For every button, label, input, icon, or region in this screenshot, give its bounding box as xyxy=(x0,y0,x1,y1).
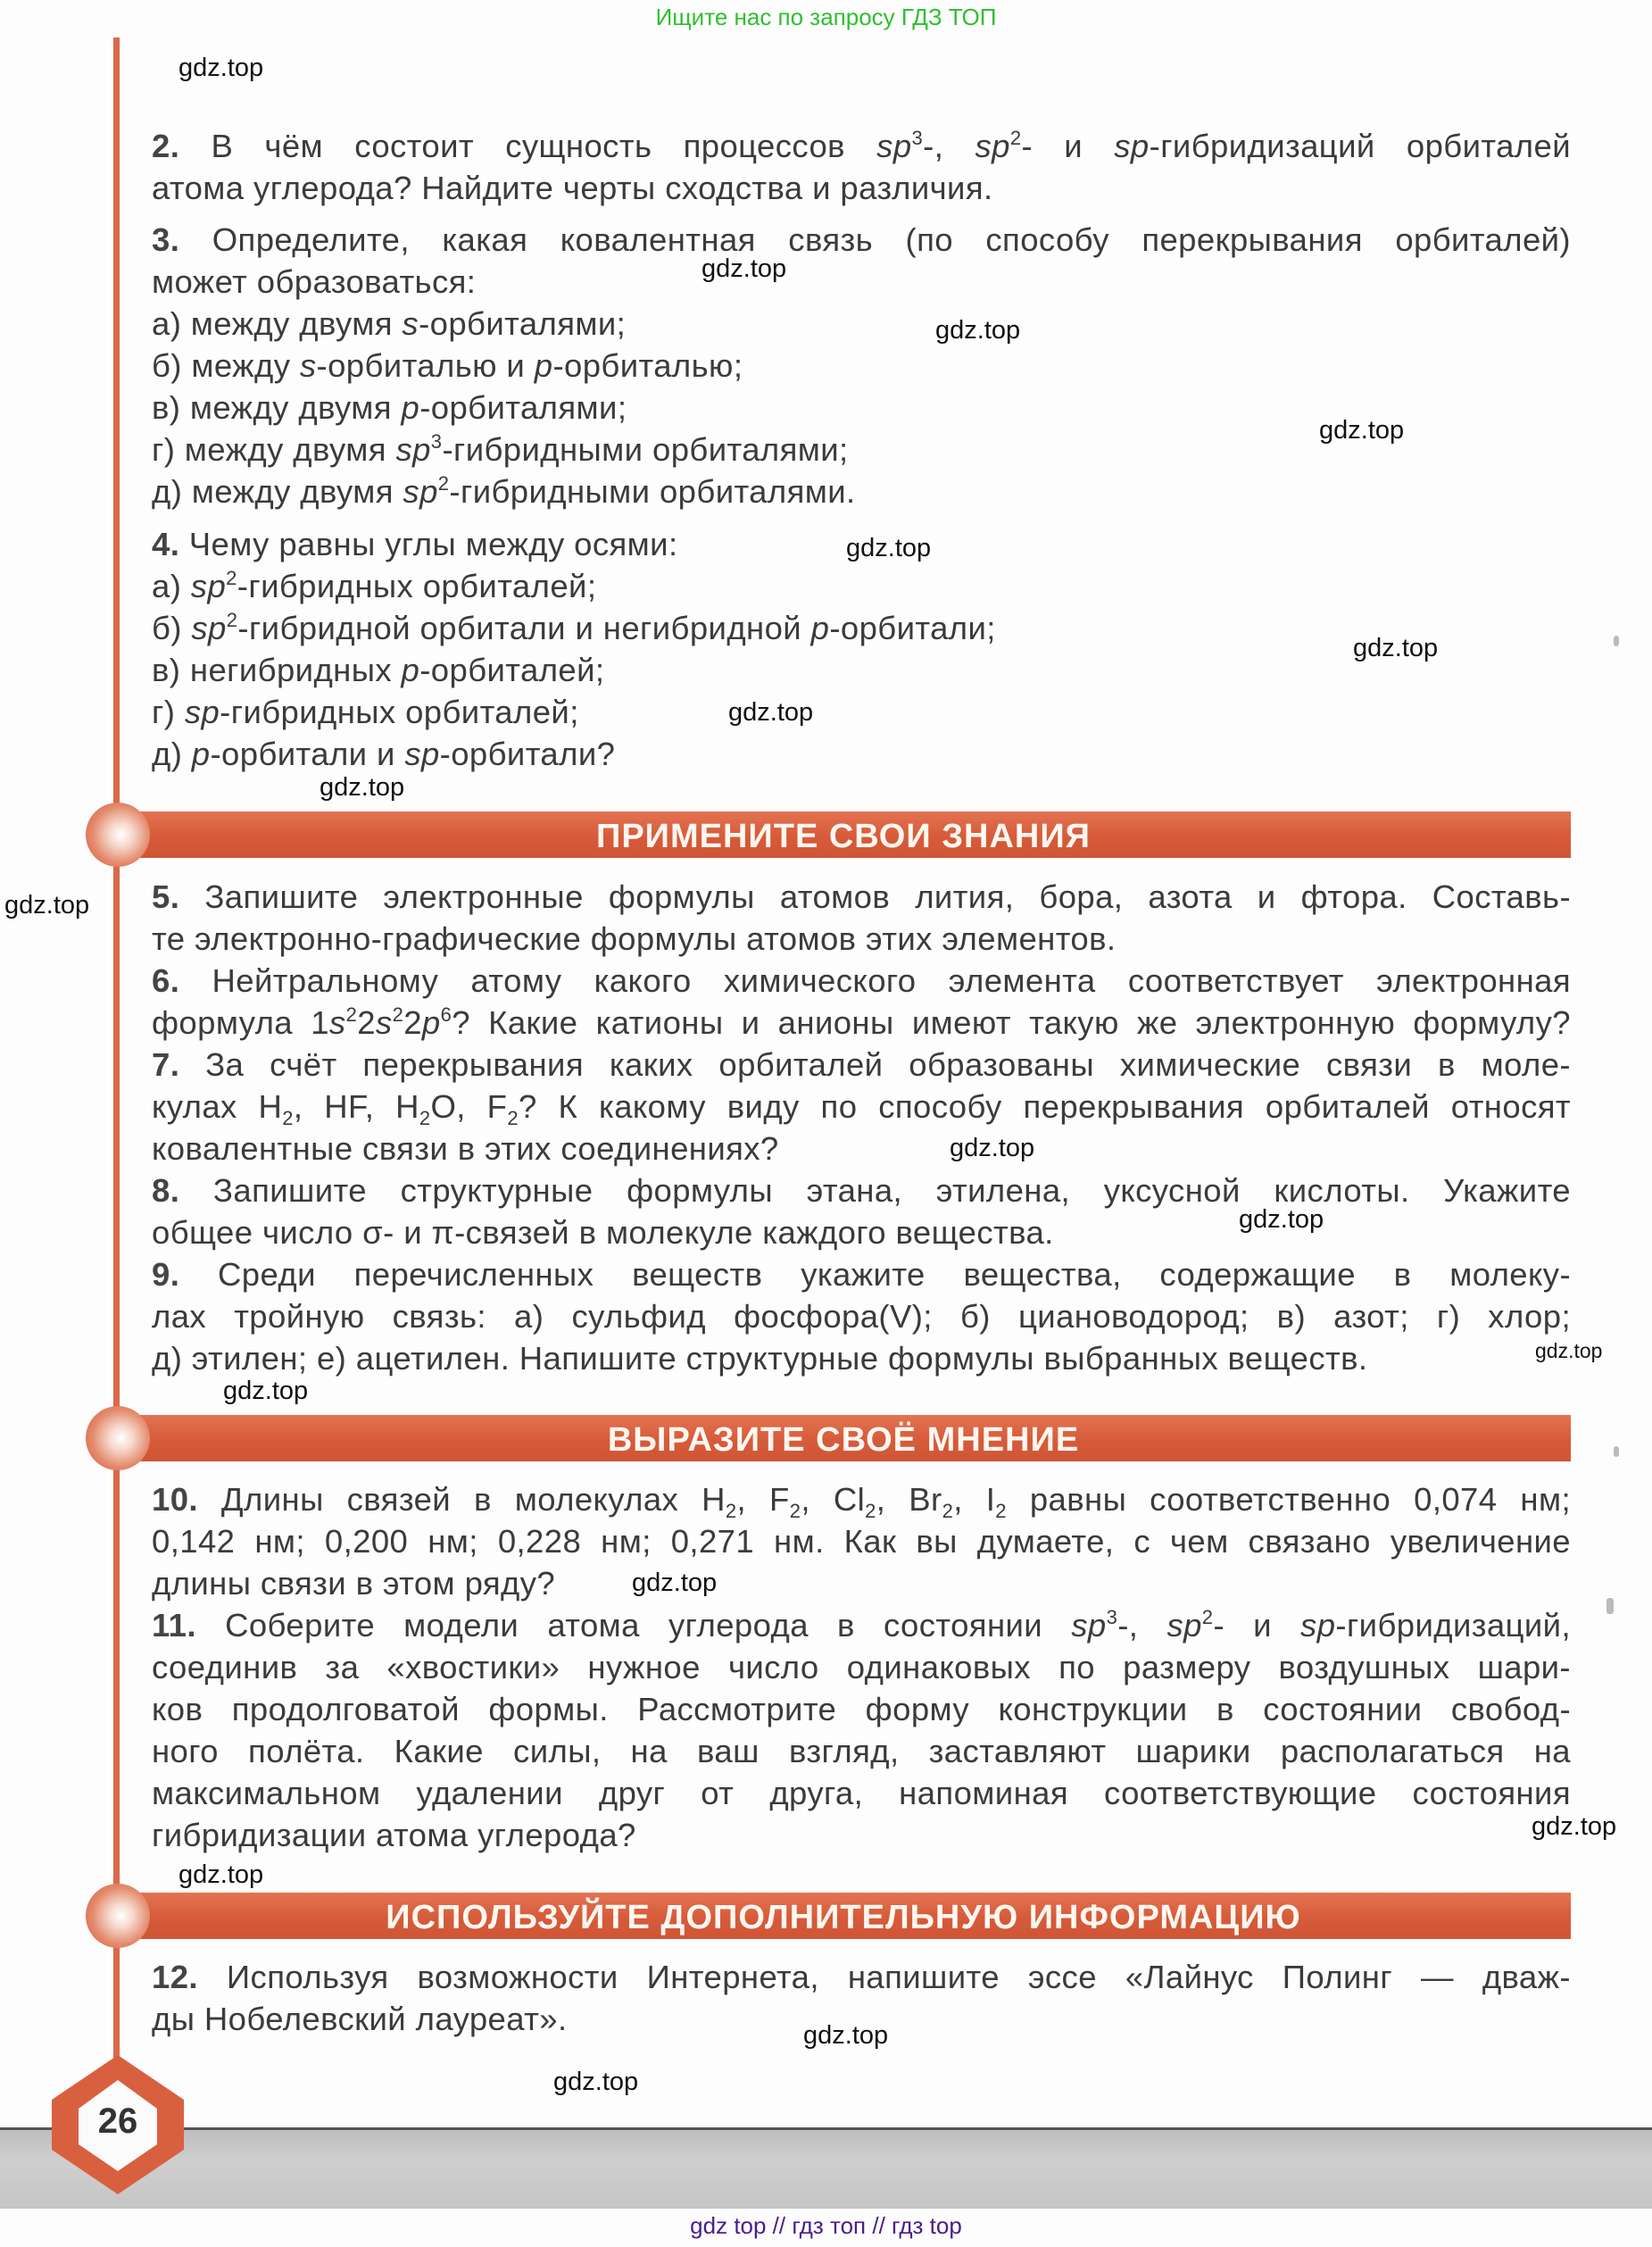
question-3-option-e: д) между двумя sp2-гибридными орбиталями… xyxy=(152,473,856,511)
question-6-line-2: формула 1s22s22p6? Какие катионы и анион… xyxy=(152,1004,1571,1042)
question-4-option-d: г) sp-гибридных орбиталей; xyxy=(152,694,579,731)
question-3-option-d: г) между двумя sp3-гибридными орбиталями… xyxy=(152,431,849,469)
question-4-option-e: д) p-орбитали и sp-орбитали? xyxy=(152,736,615,773)
watermark: gdz.top xyxy=(1319,416,1404,445)
watermark: gdz.top xyxy=(1535,1339,1602,1363)
question-11-line-5: максимальном удалении друг от друга, нап… xyxy=(152,1775,1571,1812)
question-11-line-4: ного полёта. Какие силы, на ваш взгляд, … xyxy=(152,1733,1571,1770)
watermark: gdz.top xyxy=(632,1569,717,1598)
question-10-line-1: 10. Длины связей в молекулах H2, F2, Cl2… xyxy=(152,1481,1571,1519)
watermark: gdz.top xyxy=(950,1134,1034,1163)
question-5-line-1: 5. Запишите электронные формулы атомов л… xyxy=(152,878,1571,916)
section-bullet-icon xyxy=(86,803,150,867)
margin-rule xyxy=(113,37,120,2082)
watermark: gdz.top xyxy=(701,254,786,284)
section-header-apply-knowledge: ПРИМЕНИТЕ СВОИ ЗНАНИЯ xyxy=(116,811,1571,858)
question-3-option-c: в) между двумя p-орбиталями; xyxy=(152,389,627,427)
question-7-line-2: кулах H2, HF, H2O, F2? К какому виду по … xyxy=(152,1088,1571,1126)
question-8-line-1: 8. Запишите структурные формулы этана, э… xyxy=(152,1172,1571,1210)
question-4-option-a: а) sp2-гибридных орбиталей; xyxy=(152,568,596,605)
question-11-line-6: гибридизации атома углерода? xyxy=(152,1817,636,1854)
section-bullet-icon xyxy=(86,1406,150,1470)
question-9-line-3: д) этилен; е) ацетилен. Напишите структу… xyxy=(152,1340,1367,1377)
question-10-line-2: 0,142 нм; 0,200 нм; 0,228 нм; 0,271 нм. … xyxy=(152,1523,1571,1560)
search-banner[interactable]: Ищите нас по запросу ГДЗ ТОП xyxy=(0,4,1652,31)
watermark: gdz.top xyxy=(728,698,813,728)
question-8-line-2: общее число σ- и π-связей в молекуле каж… xyxy=(152,1214,1054,1252)
question-3-line-1: 3. Определите, какая ковалентная связь (… xyxy=(152,221,1571,259)
question-4-line-1: 4. Чему равны углы между осями: xyxy=(152,526,678,563)
question-4-option-c: в) негибридных p-орбиталей; xyxy=(152,652,604,689)
question-5-line-2: те электронно-графические формулы атомов… xyxy=(152,920,1116,958)
section-header-express-opinion: ВЫРАЗИТЕ СВОЁ МНЕНИЕ xyxy=(116,1415,1571,1461)
page-bottom-band xyxy=(0,2127,1652,2209)
footer-links[interactable]: gdz top // гдз топ // гдз top xyxy=(0,2212,1652,2240)
question-10-line-3: длины связи в этом ряду? xyxy=(152,1565,555,1602)
question-3-option-b: б) между s-орбиталью и p-орбиталью; xyxy=(152,347,743,385)
question-7-line-3: ковалентные связи в этих соединениях? xyxy=(152,1130,779,1168)
watermark: gdz.top xyxy=(320,773,404,803)
question-2-line-1: 2. В чём состоит сущность процессов sp3-… xyxy=(152,128,1571,165)
question-11-line-2: соединив за «хвостики» нужное число один… xyxy=(152,1649,1571,1686)
section-bullet-icon xyxy=(86,1884,150,1948)
question-11-line-3: ков продолговатой формы. Рассмотрите фор… xyxy=(152,1691,1571,1728)
watermark: gdz.top xyxy=(223,1377,308,1406)
watermark: gdz.top xyxy=(178,1860,263,1890)
watermark: gdz.top xyxy=(1532,1812,1616,1842)
question-2-line-2: атома углерода? Найдите черты сходства и… xyxy=(152,170,993,207)
question-3-option-a: а) между двумя s-орбиталями; xyxy=(152,305,626,343)
page-number: 26 xyxy=(52,2101,184,2142)
watermark: gdz.top xyxy=(4,891,89,920)
scan-speck xyxy=(1614,1446,1619,1457)
watermark: gdz.top xyxy=(1353,634,1438,663)
watermark: gdz.top xyxy=(803,2021,888,2051)
section-header-additional-info: ИСПОЛЬЗУЙТЕ ДОПОЛНИТЕЛЬНУЮ ИНФОРМАЦИЮ xyxy=(116,1893,1571,1939)
question-12-line-1: 12. Используя возможности Интернета, нап… xyxy=(152,1959,1571,1996)
question-6-line-1: 6. Нейтральному атому какого химического… xyxy=(152,962,1571,1000)
watermark: gdz.top xyxy=(846,534,931,563)
question-4-option-b: б) sp2-гибридной орбитали и негибридной … xyxy=(152,610,996,647)
scan-speck xyxy=(1614,636,1619,646)
watermark: gdz.top xyxy=(1239,1205,1324,1235)
page-number-badge: 26 xyxy=(52,2055,184,2194)
question-11-line-1: 11. Соберите модели атома углерода в сос… xyxy=(152,1607,1571,1644)
question-12-line-2: ды Нобелевский лауреат». xyxy=(152,2001,568,2038)
watermark: gdz.top xyxy=(553,2068,638,2097)
watermark: gdz.top xyxy=(178,54,263,83)
question-9-line-1: 9. Среди перечисленных веществ укажите в… xyxy=(152,1256,1571,1294)
question-7-line-1: 7. За счёт перекрывания каких орбиталей … xyxy=(152,1046,1571,1084)
question-3-line-2: может образоваться: xyxy=(152,263,476,301)
watermark: gdz.top xyxy=(935,316,1020,345)
question-9-line-2: лах тройную связь: а) сульфид фосфора(V)… xyxy=(152,1298,1571,1336)
scan-speck xyxy=(1606,1598,1614,1614)
